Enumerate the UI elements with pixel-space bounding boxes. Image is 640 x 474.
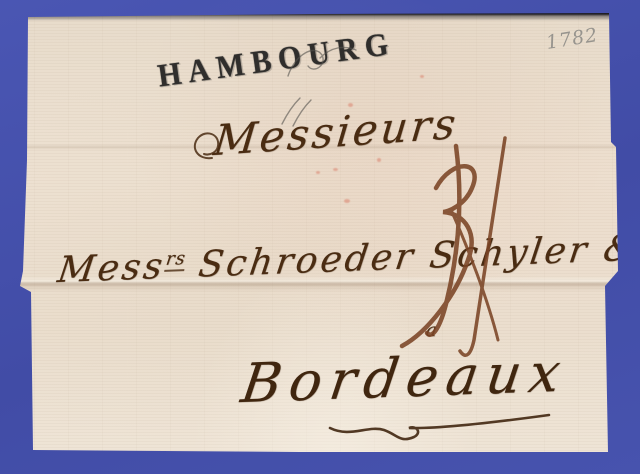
address-honorific: Mess [55, 246, 168, 291]
wax-speck [333, 168, 338, 171]
wax-speck [377, 158, 381, 162]
preposition-a: a [425, 320, 439, 341]
letter-paper: HAMBOURG 1782 Messieurs MessrsSchroeder … [0, 0, 640, 474]
destination-script: Bordeaux [238, 340, 573, 415]
flourish-stroke [330, 415, 549, 439]
rate-mark-transcription: 3N [0, 0, 1, 1]
address-honorific-superscript: rs [164, 248, 187, 272]
photo-background: HAMBOURG 1782 Messieurs MessrsSchroeder … [0, 0, 640, 474]
address-gap [183, 277, 197, 278]
wax-speck [420, 75, 424, 78]
wax-speck [344, 199, 350, 203]
destination-underline-flourish [330, 415, 549, 439]
address-line: MessrsSchroeder Schyler & Co [55, 225, 640, 291]
wax-speck [316, 171, 320, 174]
salutation-script: Messieurs [211, 99, 461, 166]
rate-stroke [452, 212, 498, 340]
pencil-year: 1782 [545, 24, 600, 54]
hambourg-postmark: HAMBOURG [155, 26, 397, 96]
address-firm: Schroeder Schyler & C [196, 226, 640, 286]
paper-top-edge-shadow [26, 12, 611, 21]
